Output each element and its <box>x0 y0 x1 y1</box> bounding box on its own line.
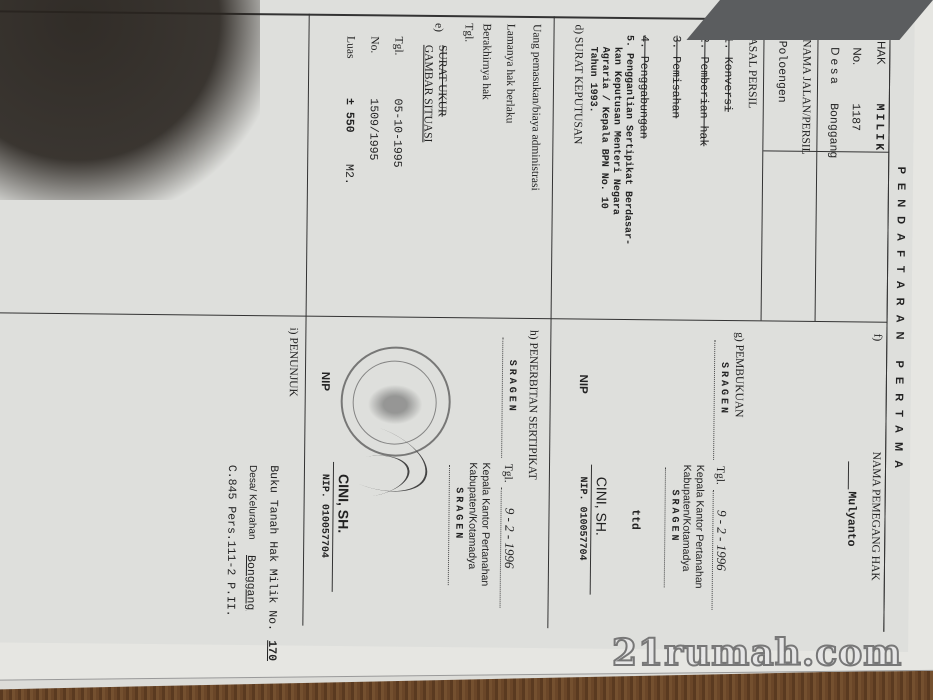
nama-jalan-value: Poloengen <box>775 41 789 103</box>
penunjuk-desa-value: Bonggang <box>243 555 257 610</box>
berakhirnya-label: Berakhirnya hak <box>480 23 493 99</box>
penerbitan-office-place: SRAGEN <box>452 487 464 541</box>
surat-ukur-struck: SURAT UKUR <box>436 45 449 117</box>
gambar-situasi-marker: e) <box>433 23 445 32</box>
penerbitan-tgl-value: 9 - 2 - 1996 <box>501 508 518 569</box>
page-title: PENDAFTARAN PERTAMA <box>891 32 909 612</box>
pembukuan-nip-label: NIP <box>577 374 589 393</box>
buku-tanah-label: Buku Tanah Hak Milik No. <box>265 465 280 631</box>
gs-luas-unit: M2. <box>342 164 355 185</box>
buku-tanah-no: 170 <box>265 640 278 661</box>
penerbitan-nip-value: NIP. 010057704 <box>318 474 330 558</box>
pembukuan-office-place: SRAGEN <box>668 489 680 543</box>
pembukuan-label: g) PEMBUKUAN <box>733 332 746 417</box>
gs-tgl-label: Tgl. <box>392 37 404 56</box>
gs-no-label: No. <box>368 36 380 53</box>
desa-value: Bonggang <box>826 103 840 158</box>
gs-no-value: 1509/1995 <box>366 98 380 160</box>
pemegang-label: NAMA PEMEGANG HAK <box>869 452 882 581</box>
pemegang-value: Mulyanto <box>844 491 858 546</box>
ttd-text: ttd <box>628 509 641 530</box>
pembukuan-nip-value: NIP. 010057704 <box>576 476 588 560</box>
page-fold-shadow <box>686 0 933 40</box>
penerbitan-office-2: Kabupaten/Kotamadya <box>466 462 479 569</box>
gs-tgl-value: 05-10-1995 <box>390 99 404 168</box>
asal-persil-item: 1. Konversi <box>721 36 735 112</box>
pembukuan-place: SRAGEN <box>718 362 730 416</box>
hak-type: MILIK <box>872 104 886 154</box>
gambar-situasi-title: GAMBAR SITUASI <box>421 45 434 143</box>
penerbitan-place: SRAGEN <box>506 360 518 414</box>
penerbitan-office-1: Kepala Kantor Pertanahan <box>479 462 492 586</box>
asal-persil-item5: 5. Pengganlian Sertipikat Berdasar- <box>621 35 634 245</box>
penunjuk-desa-label: Desa/ Kelurahan <box>246 465 258 540</box>
nama-jalan-label: b) NAMA JALAN/PERSIL <box>799 27 812 155</box>
lamanya-label: Lamanya hak berlaku <box>504 24 517 124</box>
pembukuan-office-1: Kepala Kantor Pertanahan <box>693 465 706 589</box>
biaya-label: Uang pemasukan/biaya administrasi <box>529 24 543 191</box>
hak-no-label: No. <box>850 47 862 65</box>
watermark: 21rumah.com <box>612 632 902 674</box>
penerbitan-tgl-label: Tgl. <box>502 464 514 483</box>
pembukuan-office-2: Kabupaten/Kotamadya <box>680 465 693 572</box>
asal-persil-item: 4. Penggabungan <box>636 35 650 139</box>
pembukuan-official-name: CINI, SH. <box>593 477 610 536</box>
gs-luas-label: Luas <box>344 36 356 58</box>
penunjuk-persil: C.845 Pers.111-2 P.II. <box>223 465 238 617</box>
penunjuk-label: i) PENUNJUK <box>287 327 300 396</box>
penerbitan-official-name: CINI, SH. <box>335 474 352 533</box>
berakhirnya-tgl-label: Tgl. <box>462 23 474 42</box>
pemegang-marker: f) <box>871 334 883 342</box>
gs-luas-value: ± 550 <box>342 98 355 133</box>
asal-persil-item5: kan Keputusan Menteri Negara <box>610 47 623 215</box>
asal-persil-item5: Agraria / Kepala BPN No. 10 <box>598 47 611 209</box>
pembukuan-tgl-label: Tgl. <box>714 466 726 485</box>
hand-shadow <box>0 0 260 200</box>
asal-persil-item: 2. Pemberian hak <box>696 36 710 147</box>
hak-no-value: 1187 <box>849 103 862 131</box>
desa-label: D e s a <box>828 47 840 84</box>
asal-persil-item: 3. Pemisahan <box>669 35 683 118</box>
asal-persil-item5: Tahun 1993. <box>587 47 599 113</box>
penerbitan-nip-label: NIP <box>319 372 331 391</box>
penerbitan-label: h) PENERBITAN SERTIPIKAT <box>526 330 540 480</box>
surat-keputusan-label: d) SURAT KEPUTUSAN <box>571 24 584 144</box>
pembukuan-tgl-value: 9 - 2 - 1996 <box>713 510 730 571</box>
garuda-emblem-icon <box>367 384 422 425</box>
